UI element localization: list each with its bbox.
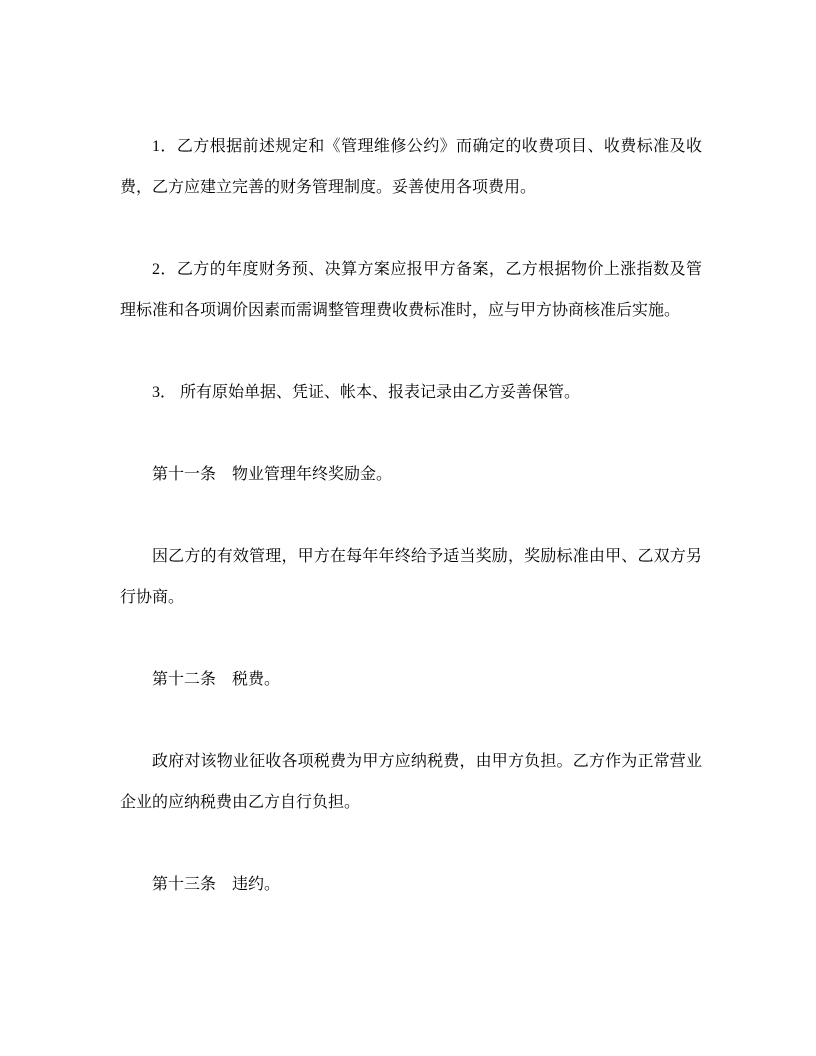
clause-body-article-11: 因乙方的有效管理，甲方在每年年终给予适当奖励，奖励标准由甲、乙双方另行协商。: [120, 536, 702, 618]
clause-heading-article-12: 第十二条 税费。: [120, 659, 702, 700]
paragraph-item-3: 3． 所有原始单据、凭证、帐本、报表记录由乙方妥善保管。: [120, 372, 702, 413]
paragraph-item-1: 1．乙方根据前述规定和《管理维修公约》而确定的收费项目、收费标准及收费，乙方应建…: [120, 126, 702, 208]
paragraph-item-2: 2．乙方的年度财务预、决算方案应报甲方备案，乙方根据物价上涨指数及管理标准和各项…: [120, 249, 702, 331]
clause-heading-article-11: 第十一条 物业管理年终奖励金。: [120, 454, 702, 495]
document-content: 1．乙方根据前述规定和《管理维修公约》而确定的收费项目、收费标准及收费，乙方应建…: [0, 0, 816, 1056]
document-page: 1．乙方根据前述规定和《管理维修公约》而确定的收费项目、收费标准及收费，乙方应建…: [0, 0, 816, 1056]
clause-heading-article-13: 第十三条 违约。: [120, 864, 702, 905]
clause-body-article-12: 政府对该物业征收各项税费为甲方应纳税费，由甲方负担。乙方作为正常营业企业的应纳税…: [120, 741, 702, 823]
